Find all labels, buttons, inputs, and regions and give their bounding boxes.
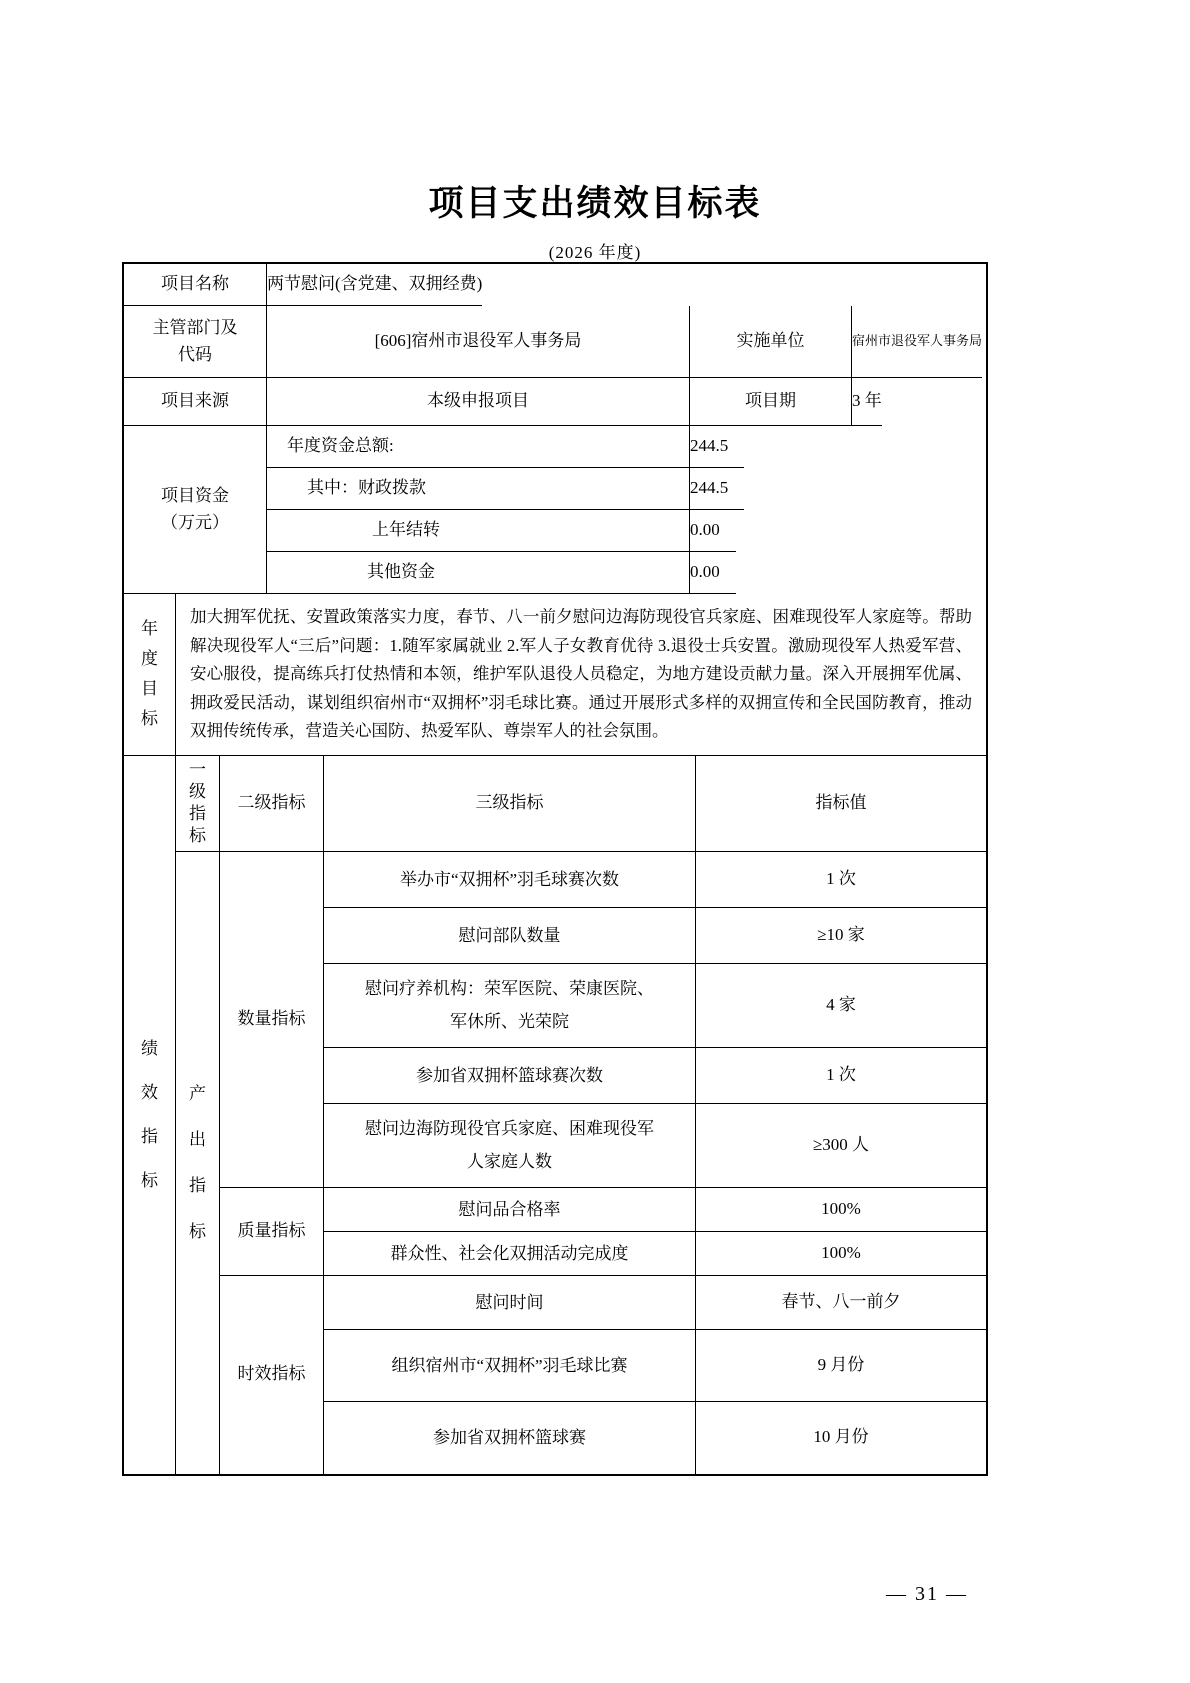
- performance-target-table: 项目名称 两节慰问(含党建、双拥经费) 主管部门及代码 [606]宿州市退役军人…: [122, 262, 988, 1476]
- indicator-section: 绩效指标 一级指标 产出指标 二级指标 三级指标 指标值: [124, 756, 986, 1474]
- indicator-cell: 举办市“双拥杯”羽毛球赛次数: [324, 852, 696, 908]
- indicator-cell: 参加省双拥杯篮球赛次数: [324, 1048, 696, 1104]
- indicator-row: 参加省双拥杯篮球赛 10 月份: [324, 1402, 986, 1474]
- fund-total-value: 244.5: [690, 426, 744, 468]
- level1-value: 产出指标: [176, 852, 220, 1474]
- indicator-row: 参加省双拥杯篮球赛次数 1 次: [324, 1048, 986, 1104]
- indicator-row: 慰问疗养机构：荣军医院、荣康医院、军休所、光荣院 4 家: [324, 964, 986, 1048]
- indicator-value-cell: ≥10 家: [696, 908, 986, 964]
- fund-row: 上年结转 0.00: [267, 510, 986, 552]
- fund-row: 年度资金总额: 244.5: [267, 426, 986, 468]
- indicator-value-cell: ≥300 人: [696, 1104, 986, 1188]
- dept-row: 主管部门及代码 [606]宿州市退役军人事务局 实施单位 宿州市退役军人事务局: [124, 306, 986, 378]
- project-fund-label: 项目资金（万元）: [124, 426, 267, 594]
- project-name-row: 项目名称 两节慰问(含党建、双拥经费): [124, 264, 986, 306]
- dept-code-label: 主管部门及代码: [124, 306, 267, 378]
- funding-block: 项目资金（万元） 年度资金总额: 244.5 其中：财政拨款 244.5 上年结…: [124, 426, 986, 594]
- indicator-row: 组织宿州市“双拥杯”羽毛球比赛 9 月份: [324, 1330, 986, 1402]
- indicator-cell: 慰问部队数量: [324, 908, 696, 964]
- indicator-row: 慰问边海防现役官兵家庭、困难现役军人家庭人数 ≥300 人: [324, 1104, 986, 1188]
- fund-other-label: 其他资金: [267, 552, 690, 594]
- document-page: 项目支出绩效目标表 (2026 年度) 项目名称 两节慰问(含党建、双拥经费) …: [0, 0, 1190, 1683]
- page-number: — 31 —: [886, 1583, 968, 1606]
- quantity-group-label: 数量指标: [220, 852, 324, 1188]
- source-row: 项目来源 本级申报项目 项目期 3 年: [124, 378, 986, 426]
- document-title: 项目支出绩效目标表: [0, 176, 1190, 226]
- indicator-cell: 慰问时间: [324, 1276, 696, 1330]
- indicator-header-row: 二级指标 三级指标 指标值: [220, 756, 986, 852]
- fund-carryover-value: 0.00: [690, 510, 736, 552]
- impl-unit-value: 宿州市退役军人事务局: [852, 306, 982, 378]
- indicator-row: 慰问部队数量 ≥10 家: [324, 908, 986, 964]
- annual-goal-row: 年度目标 加大拥军优抚、安置政策落实力度，春节、八一前夕慰问边海防现役官兵家庭、…: [124, 594, 986, 756]
- indicator-row: 慰问时间 春节、八一前夕: [324, 1276, 986, 1330]
- level1-column: 一级指标 产出指标: [176, 756, 220, 1474]
- indicator-grid: 二级指标 三级指标 指标值 数量指标 举办市“双拥杯”羽毛球赛次数 1 次 慰问…: [220, 756, 986, 1474]
- indicator-row: 群众性、社会化双拥活动完成度 100%: [324, 1232, 986, 1276]
- project-period-label: 项目期: [690, 378, 852, 426]
- project-name-value: 两节慰问(含党建、双拥经费): [267, 264, 482, 306]
- timeliness-group: 时效指标 慰问时间 春节、八一前夕 组织宿州市“双拥杯”羽毛球比赛 9 月份 参…: [220, 1276, 986, 1474]
- fund-row: 其中：财政拨款 244.5: [267, 468, 986, 510]
- quality-group: 质量指标 慰问品合格率 100% 群众性、社会化双拥活动完成度 100%: [220, 1188, 986, 1276]
- funding-rows: 年度资金总额: 244.5 其中：财政拨款 244.5 上年结转 0.00 其他…: [267, 426, 986, 594]
- indicator-value-cell: 春节、八一前夕: [696, 1276, 986, 1330]
- indicator-value-cell: 10 月份: [696, 1402, 986, 1474]
- project-source-label: 项目来源: [124, 378, 267, 426]
- level3-header: 三级指标: [324, 756, 696, 852]
- project-name-label: 项目名称: [124, 264, 267, 306]
- fund-row: 其他资金 0.00: [267, 552, 986, 594]
- annual-goal-text: 加大拥军优抚、安置政策落实力度，春节、八一前夕慰问边海防现役官兵家庭、困难现役军…: [176, 594, 986, 756]
- perf-section-label: 绩效指标: [124, 756, 176, 1474]
- indicator-value-cell: 4 家: [696, 964, 986, 1048]
- indicator-cell: 组织宿州市“双拥杯”羽毛球比赛: [324, 1330, 696, 1402]
- indicator-cell: 群众性、社会化双拥活动完成度: [324, 1232, 696, 1276]
- fund-fiscal-label: 其中：财政拨款: [267, 468, 690, 510]
- annual-goal-label: 年度目标: [124, 594, 176, 756]
- indicator-cell: 参加省双拥杯篮球赛: [324, 1402, 696, 1474]
- indicator-value-cell: 100%: [696, 1188, 986, 1232]
- project-source-value: 本级申报项目: [267, 378, 690, 426]
- indicator-value-cell: 100%: [696, 1232, 986, 1276]
- indicator-value-cell: 1 次: [696, 1048, 986, 1104]
- indicator-value-cell: 1 次: [696, 852, 986, 908]
- dept-code-value: [606]宿州市退役军人事务局: [267, 306, 690, 378]
- document-subtitle: (2026 年度): [0, 238, 1190, 263]
- indicator-value-cell: 9 月份: [696, 1330, 986, 1402]
- fund-other-value: 0.00: [690, 552, 736, 594]
- indicator-cell: 慰问品合格率: [324, 1188, 696, 1232]
- quantity-group: 数量指标 举办市“双拥杯”羽毛球赛次数 1 次 慰问部队数量 ≥10 家 慰问疗…: [220, 852, 986, 1188]
- indicator-cell: 慰问疗养机构：荣军医院、荣康医院、军休所、光荣院: [324, 964, 696, 1048]
- value-header: 指标值: [696, 756, 986, 852]
- fund-total-label: 年度资金总额:: [267, 426, 690, 468]
- quality-group-label: 质量指标: [220, 1188, 324, 1276]
- indicator-row: 举办市“双拥杯”羽毛球赛次数 1 次: [324, 852, 986, 908]
- fund-fiscal-value: 244.5: [690, 468, 744, 510]
- fund-carryover-label: 上年结转: [267, 510, 690, 552]
- level1-header: 一级指标: [176, 756, 220, 852]
- level2-header: 二级指标: [220, 756, 324, 852]
- indicator-row: 慰问品合格率 100%: [324, 1188, 986, 1232]
- timeliness-group-label: 时效指标: [220, 1276, 324, 1474]
- project-period-value: 3 年: [852, 378, 882, 426]
- indicator-cell: 慰问边海防现役官兵家庭、困难现役军人家庭人数: [324, 1104, 696, 1188]
- impl-unit-label: 实施单位: [690, 306, 852, 378]
